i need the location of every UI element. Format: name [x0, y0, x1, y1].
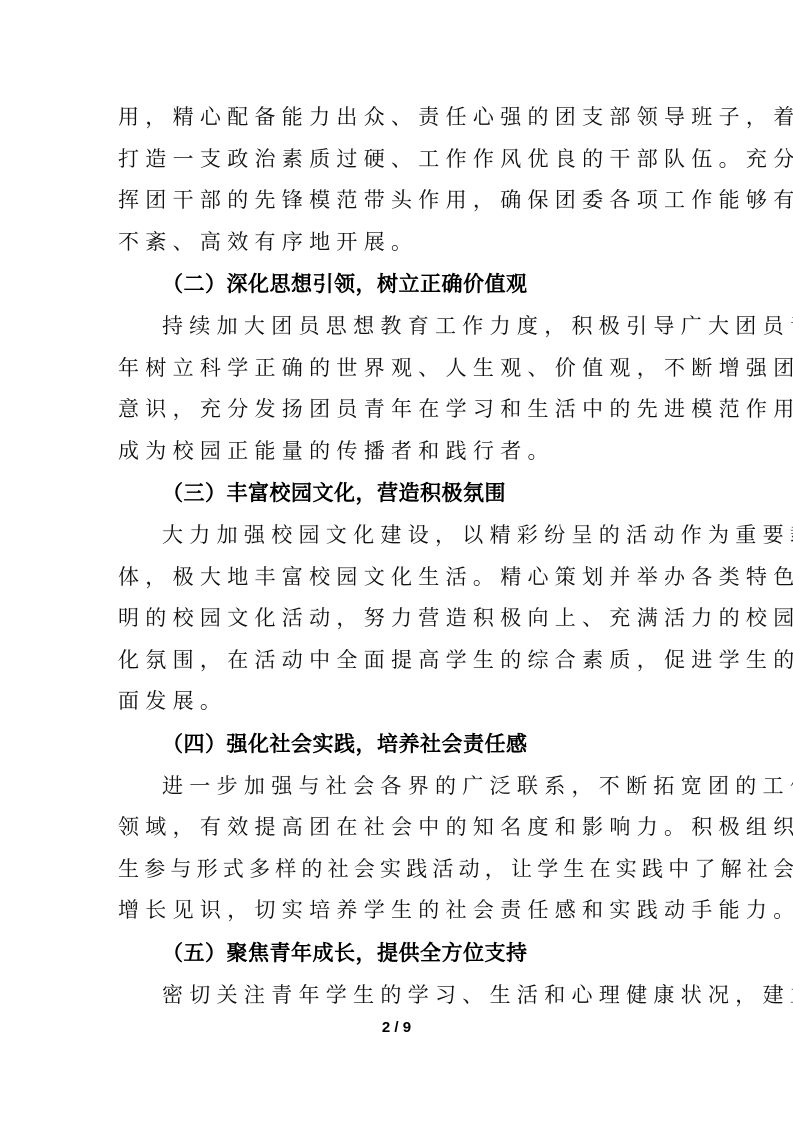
text-line: 成为校园正能量的传播者和践行者。	[118, 431, 674, 473]
text-line: 密切关注青年学生的学习、生活和心理健康状况，建立	[118, 975, 674, 1017]
text-line: 用，精心配备能力出众、责任心强的团支部领导班子，着力	[118, 97, 674, 139]
text-line: 打造一支政治素质过硬、工作作风优良的干部队伍。充分发	[118, 139, 674, 181]
text-line: 面发展。	[118, 681, 674, 723]
text-line: 增长见识，切实培养学生的社会责任感和实践动手能力。	[118, 890, 674, 932]
paragraph-youth-growth: 密切关注青年学生的学习、生活和心理健康状况，建立	[118, 975, 674, 1017]
text-line: 意识，充分发扬团员青年在学习和生活中的先进模范作用，	[118, 389, 674, 431]
document-body: 用，精心配备能力出众、责任心强的团支部领导班子，着力 打造一支政治素质过硬、工作…	[118, 97, 674, 1016]
text-line: 年树立科学正确的世界观、人生观、价值观，不断增强团员	[118, 348, 674, 390]
text-line: 明的校园文化活动，努力营造积极向上、充满活力的校园文	[118, 598, 674, 640]
page-number: 2 / 9	[0, 1019, 793, 1036]
text-line: 不紊、高效有序地开展。	[118, 222, 674, 264]
text-line: 大力加强校园文化建设，以精彩纷呈的活动作为重要载	[118, 515, 674, 557]
section-heading-5: （五）聚焦青年成长，提供全方位支持	[118, 932, 674, 975]
text-line: 持续加大团员思想教育工作力度，积极引导广大团员青	[118, 306, 674, 348]
section-heading-3: （三）丰富校园文化，营造积极氛围	[118, 472, 674, 515]
paragraph-cadre-team: 用，精心配备能力出众、责任心强的团支部领导班子，着力 打造一支政治素质过硬、工作…	[118, 97, 674, 263]
paragraph-campus-culture: 大力加强校园文化建设，以精彩纷呈的活动作为重要载 体，极大地丰富校园文化生活。精…	[118, 515, 674, 723]
text-line: 生参与形式多样的社会实践活动，让学生在实践中了解社会、	[118, 849, 674, 891]
section-heading-4: （四）强化社会实践，培养社会责任感	[118, 723, 674, 766]
text-line: 挥团干部的先锋模范带头作用，确保团委各项工作能够有条	[118, 180, 674, 222]
document-page: 用，精心配备能力出众、责任心强的团支部领导班子，着力 打造一支政治素质过硬、工作…	[0, 0, 793, 1122]
paragraph-social-practice: 进一步加强与社会各界的广泛联系，不断拓宽团的工作 领域，有效提高团在社会中的知名…	[118, 766, 674, 932]
paragraph-ideological-guidance: 持续加大团员思想教育工作力度，积极引导广大团员青 年树立科学正确的世界观、人生观…	[118, 306, 674, 472]
text-line: 领域，有效提高团在社会中的知名度和影响力。积极组织学	[118, 807, 674, 849]
text-line: 体，极大地丰富校园文化生活。精心策划并举办各类特色鲜	[118, 557, 674, 599]
text-line: 进一步加强与社会各界的广泛联系，不断拓宽团的工作	[118, 766, 674, 808]
text-line: 化氛围，在活动中全面提高学生的综合素质，促进学生的全	[118, 640, 674, 682]
section-heading-2: （二）深化思想引领，树立正确价值观	[118, 263, 674, 306]
